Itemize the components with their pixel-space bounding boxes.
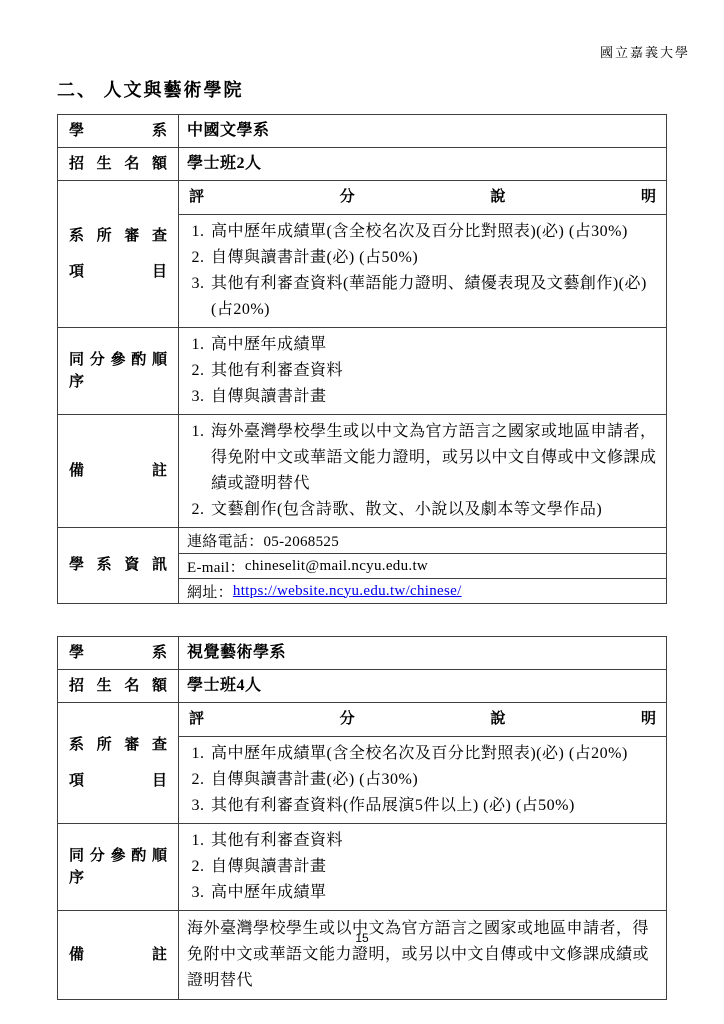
tiebreak-content: 高中歷年成績單 其他有利審查資料 自傳與讀書計畫 [179,328,666,414]
review-item: 其他有利審查資料(作品展演5件以上) (必) (占50%) [209,793,658,819]
row-label-department: 學 系 [58,637,179,669]
table-row-quota: 招 生 名 額 學士班4人 [58,669,666,702]
email-value: chineselit@mail.ncyu.edu.tw [245,558,428,575]
table-row-remarks: 備 註 海外臺灣學校學生或以中文為官方語言之國家或地區申請者，得免附中文或華語文… [58,414,666,527]
tiebreak-item: 高中歷年成績單 [209,332,658,358]
page-number: 15 [0,931,724,945]
contact-phone: 連絡電話：05-2068525 [179,528,666,553]
remark-item: 海外臺灣學校學生或以中文為官方語言之國家或地區申請者，得免附中文或華語文能力證明… [209,419,658,497]
page-content: 二、 人文與藝術學院 學 系 中國文學系 招 生 名 額 學士班2人 系 所 審… [57,76,667,1000]
remarks-item-list: 海外臺灣學校學生或以中文為官方語言之國家或地區申請者，得免附中文或華語文能力證明… [179,415,666,527]
table-row-review-items: 系 所 審 查 項 目 評 分 說 明 高中歷年成績單(含全校名次及百分比對照表… [58,180,666,327]
email-label: E-mail： [187,556,245,577]
table-row-tiebreak: 同 分 參 酌 順 序 其他有利審查資料 自傳與讀書計畫 高中歷年成績單 [58,823,666,910]
tiebreak-item: 高中歷年成績單 [209,880,658,906]
table-row-dept-info: 學 系 資 訊 連絡電話：05-2068525 E-mail：chineseli… [58,527,666,603]
university-name: 國立嘉義大學 [600,42,690,61]
row-label-dept-info: 學 系 資 訊 [58,528,179,603]
remarks-content: 海外臺灣學校學生或以中文為官方語言之國家或地區申請者，得免附中文或華語文能力證明… [179,415,666,527]
row-label-review-items: 系 所 審 查 項 目 [58,181,179,327]
row-label-remarks: 備 註 [58,911,179,999]
review-item: 其他有利審查資料(華語能力證明、績優表現及文藝創作)(必) (占20%) [209,271,658,323]
row-label-quota: 招 生 名 額 [58,670,179,702]
row-label-review-items: 系 所 審 查 項 目 [58,703,179,823]
row-label-tiebreak: 同 分 參 酌 順 序 [58,328,179,414]
quota-value: 學士班4人 [179,670,666,702]
row-label-tiebreak: 同 分 參 酌 順 序 [58,824,179,910]
tiebreak-item: 自傳與讀書計畫 [209,384,658,410]
department-name: 中國文學系 [179,115,666,147]
tiebreak-content: 其他有利審查資料 自傳與讀書計畫 高中歷年成績單 [179,824,666,910]
table-row-department: 學 系 中國文學系 [58,115,666,147]
tiebreak-item: 其他有利審查資料 [209,828,658,854]
score-explanation-header: 評 分 說 明 [179,181,666,215]
review-content: 評 分 說 明 高中歷年成績單(含全校名次及百分比對照表)(必) (占30%) … [179,181,666,327]
department-table-chinese-literature: 學 系 中國文學系 招 生 名 額 學士班2人 系 所 審 查 項 目 評 分 … [57,114,667,604]
section-title: 二、 人文與藝術學院 [57,76,667,102]
row-label-remarks: 備 註 [58,415,179,527]
tiebreak-item: 其他有利審查資料 [209,358,658,384]
review-item-list: 高中歷年成績單(含全校名次及百分比對照表)(必) (占30%) 自傳與讀書計畫(… [179,215,666,327]
remark-item: 文藝創作(包含詩歌、散文、小說以及劇本等文學作品) [209,497,658,523]
review-item: 高中歷年成績單(含全校名次及百分比對照表)(必) (占30%) [209,219,658,245]
review-content: 評 分 說 明 高中歷年成績單(含全校名次及百分比對照表)(必) (占20%) … [179,703,666,823]
dept-info-content: 連絡電話：05-2068525 E-mail：chineselit@mail.n… [179,528,666,603]
department-name: 視覺藝術學系 [179,637,666,669]
website-link[interactable]: https://website.ncyu.edu.tw/chinese/ [233,583,462,600]
quota-value: 學士班2人 [179,148,666,180]
review-item: 高中歷年成績單(含全校名次及百分比對照表)(必) (占20%) [209,741,658,767]
table-row-department: 學 系 視覺藝術學系 [58,637,666,669]
table-row-review-items: 系 所 審 查 項 目 評 分 說 明 高中歷年成績單(含全校名次及百分比對照表… [58,702,666,823]
contact-website: 網址：https://website.ncyu.edu.tw/chinese/ [179,578,666,603]
remarks-content: 海外臺灣學校學生或以中文為官方語言之國家或地區申請者，得免附中文或華語文能力證明… [179,911,666,999]
remark-text: 海外臺灣學校學生或以中文為官方語言之國家或地區申請者，得免附中文或華語文能力證明… [179,911,666,999]
document-page: 國立嘉義大學 二、 人文與藝術學院 學 系 中國文學系 招 生 名 額 學士班2… [0,0,724,1024]
tiebreak-item-list: 其他有利審查資料 自傳與讀書計畫 高中歷年成績單 [179,824,666,910]
row-label-department: 學 系 [58,115,179,147]
table-row-quota: 招 生 名 額 學士班2人 [58,147,666,180]
row-label-quota: 招 生 名 額 [58,148,179,180]
review-item: 自傳與讀書計畫(必) (占50%) [209,245,658,271]
tiebreak-item: 自傳與讀書計畫 [209,854,658,880]
contact-email: E-mail：chineselit@mail.ncyu.edu.tw [179,553,666,578]
score-explanation-header: 評 分 說 明 [179,703,666,737]
tiebreak-item-list: 高中歷年成績單 其他有利審查資料 自傳與讀書計畫 [179,328,666,414]
table-row-tiebreak: 同 分 參 酌 順 序 高中歷年成績單 其他有利審查資料 自傳與讀書計畫 [58,327,666,414]
review-item: 自傳與讀書計畫(必) (占30%) [209,767,658,793]
table-row-remarks: 備 註 海外臺灣學校學生或以中文為官方語言之國家或地區申請者，得免附中文或華語文… [58,910,666,999]
website-label: 網址： [187,581,233,602]
review-item-list: 高中歷年成績單(含全校名次及百分比對照表)(必) (占20%) 自傳與讀書計畫(… [179,737,666,823]
department-table-visual-arts: 學 系 視覺藝術學系 招 生 名 額 學士班4人 系 所 審 查 項 目 評 分… [57,636,667,1000]
